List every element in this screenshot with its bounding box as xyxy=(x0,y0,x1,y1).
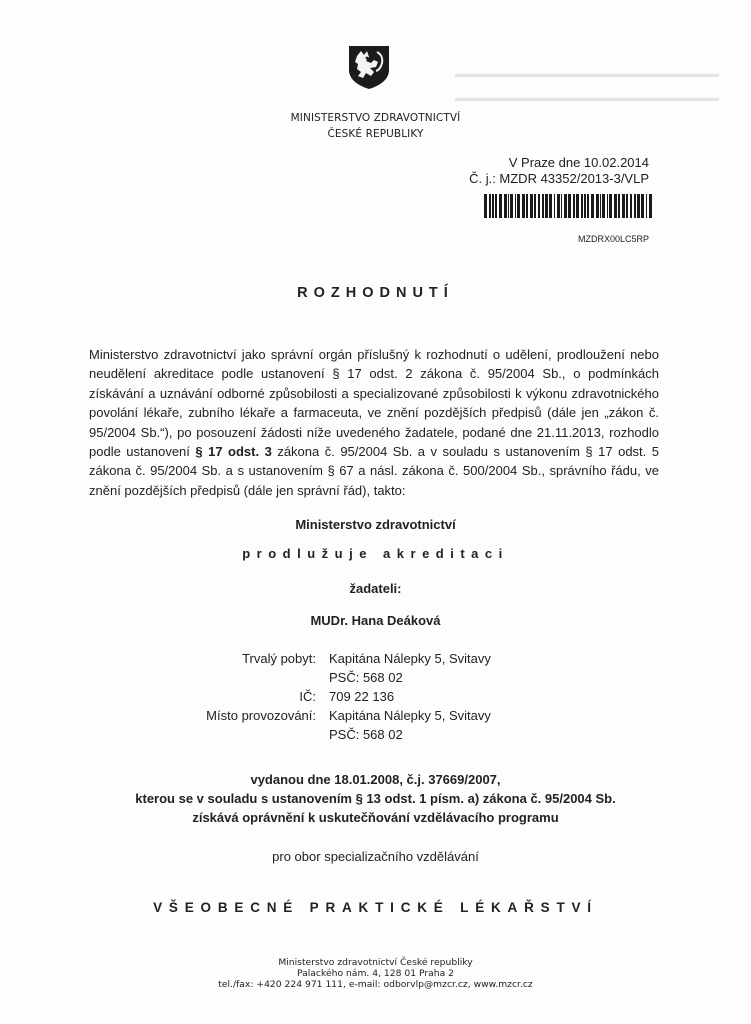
accreditation-legal-basis: kterou se v souladu s ustanovením § 13 o… xyxy=(0,791,751,806)
intro-text: Ministerstvo zdravotnictví jako správní … xyxy=(89,347,659,459)
detail-value: 709 22 136 xyxy=(329,689,394,704)
intro-bold-ref: § 17 odst. 3 xyxy=(195,444,271,459)
footer-ministry: Ministerstvo zdravotnictví České republi… xyxy=(0,957,751,968)
ministry-name: MINISTERSTVO ZDRAVOTNICTVÍ xyxy=(0,112,751,124)
ministry-country: ČESKÉ REPUBLIKY xyxy=(0,128,751,140)
bleed-through-text: ▬▬▬▬▬▬▬▬▬▬▬▬▬▬▬▬▬▬▬▬▬▬▬▬ xyxy=(455,92,719,104)
decision-to-label: žadateli: xyxy=(0,581,751,596)
document-page: ▬▬▬▬▬▬▬▬▬▬▬▬▬▬▬▬▬▬▬▬▬▬▬▬ ▬▬▬▬▬▬▬▬▬▬▬▬▬▬▬… xyxy=(0,0,751,1024)
detail-label: Místo provozování: xyxy=(160,708,316,723)
applicant-name: MUDr. Hana Deáková xyxy=(0,613,751,628)
bleed-through-text: ▬▬▬▬▬▬▬▬▬▬▬▬▬▬▬▬▬▬▬▬▬▬▬▬ xyxy=(455,68,719,80)
reference-number: Č. j.: MZDR 43352/2013-3/VLP xyxy=(469,171,649,186)
detail-value: PSČ: 568 02 xyxy=(329,727,403,742)
footer-address: Palackého nám. 4, 128 01 Praha 2 xyxy=(0,968,751,979)
detail-value: Kapitána Nálepky 5, Svitavy xyxy=(329,651,491,666)
czech-coat-of-arms-icon xyxy=(347,44,391,90)
accreditation-authorization: získává oprávnění k uskutečňování vzdělá… xyxy=(0,810,751,825)
footer-contact: tel./fax: +420 224 971 111, e-mail: odbo… xyxy=(0,979,751,990)
intro-paragraph: Ministerstvo zdravotnictví jako správní … xyxy=(89,345,659,500)
detail-value: PSČ: 568 02 xyxy=(329,670,403,685)
detail-label: Trvalý pobyt: xyxy=(160,651,316,666)
specialty-name: VŠEOBECNÉ PRAKTICKÉ LÉKAŘSTVÍ xyxy=(0,900,751,915)
detail-value: Kapitána Nálepky 5, Svitavy xyxy=(329,708,491,723)
decision-action: prodlužuje akreditaci xyxy=(0,546,751,561)
page-title: ROZHODNUTÍ xyxy=(0,285,751,301)
field-intro: pro obor specializačního vzdělávání xyxy=(0,849,751,864)
barcode-icon xyxy=(484,194,652,218)
decision-authority: Ministerstvo zdravotnictví xyxy=(0,517,751,532)
accreditation-issued: vydanou dne 18.01.2008, č.j. 37669/2007, xyxy=(0,772,751,787)
place-date: V Praze dne 10.02.2014 xyxy=(509,155,649,170)
detail-label: IČ: xyxy=(160,689,316,704)
barcode-text: MZDRX00LC5RP xyxy=(578,234,649,244)
